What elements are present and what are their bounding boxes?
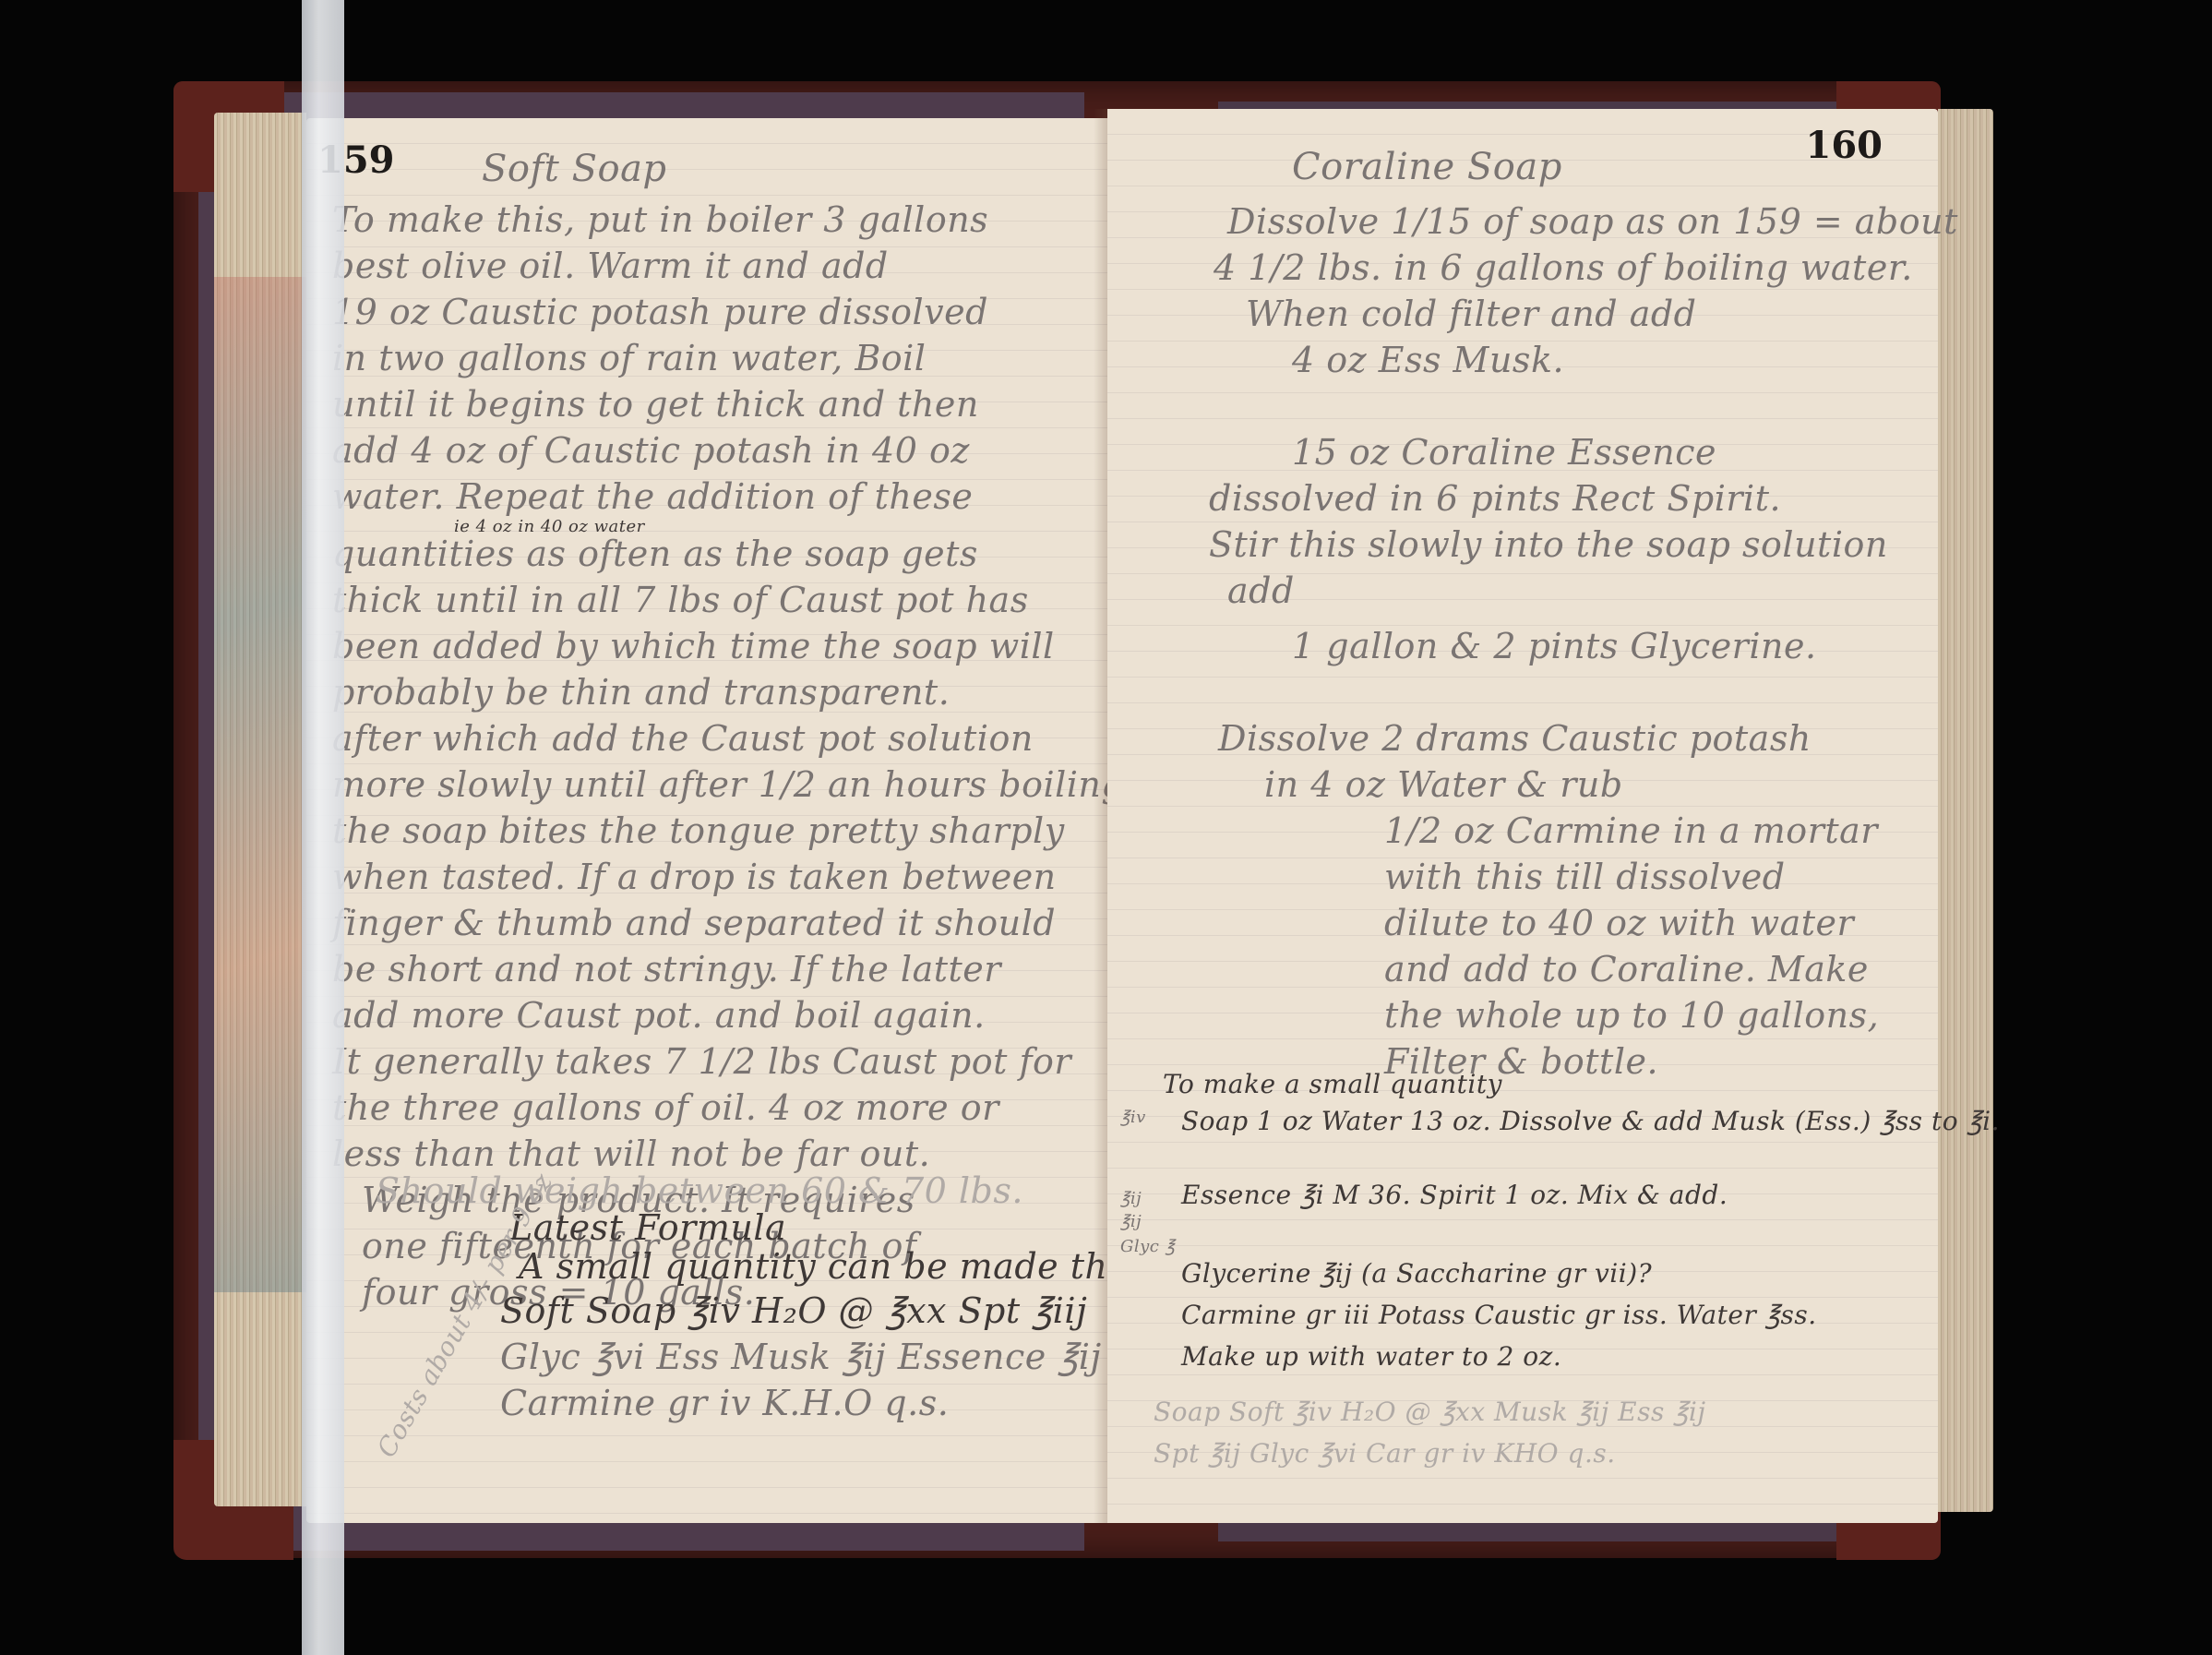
formula-line: Soap Soft ℥iv H₂O @ ℥xx Musk ℥ij Ess ℥ij: [1154, 1397, 1706, 1427]
text-line: more slowly until after 1/2 an hours boi…: [332, 764, 1124, 805]
formula-line: Carmine gr iv K.H.O q.s.: [500, 1383, 949, 1423]
text-line: until it begins to get thick and then: [332, 384, 979, 425]
recipe-line: Carmine gr iii Potass Caustic gr iss. Wa…: [1181, 1300, 1817, 1330]
margin-note: ℥iv: [1120, 1108, 1146, 1127]
text-line: when tasted. If a drop is taken between: [332, 857, 1057, 897]
text-line: the three gallons of oil. 4 oz more or: [332, 1087, 999, 1128]
right-page: 160 Coraline Soap Dissolve 1/15 of soap …: [1107, 109, 1938, 1523]
text-line: add: [1227, 570, 1295, 611]
margin-note: Glyc ℥: [1120, 1237, 1176, 1256]
recipe-line: Make up with water to 2 oz.: [1181, 1341, 1561, 1372]
text-line: 4 oz Ess Musk.: [1292, 340, 1564, 380]
text-line: 1 gallon & 2 pints Glycerine.: [1292, 626, 1817, 666]
text-line: add more Caust pot. and boil again.: [332, 995, 986, 1036]
formula-line: Soft Soap ℥iv H₂O @ ℥xx Spt ℥iij: [500, 1290, 1087, 1331]
page-title: Coraline Soap: [1292, 146, 1562, 188]
page-edges-right: [1938, 109, 1993, 1512]
text-line: in 4 oz Water & rub: [1264, 764, 1623, 805]
text-line: been added by which time the soap will: [332, 626, 1055, 666]
recipe-line: Glycerine ℥ij (a Saccharine gr vii)?: [1181, 1258, 1652, 1289]
text-line: add 4 oz of Caustic potash in 40 oz: [332, 430, 970, 471]
text-line: water. Repeat the addition of these: [332, 476, 973, 517]
text-line: Dissolve 1/15 of soap as on 159 = about: [1227, 201, 1958, 242]
text-line: quantities as often as the soap gets: [332, 534, 978, 574]
ribbon-bookmark: [302, 0, 344, 1655]
left-page: 159 Soft Soap To make this, put in boile…: [306, 118, 1107, 1523]
text-line: dissolved in 6 pints Rect Spirit.: [1209, 478, 1781, 519]
text-line: 1/2 oz Carmine in a mortar: [1384, 810, 1878, 851]
text-line: less than that will not be far out.: [332, 1133, 930, 1174]
text-line: in two gallons of rain water, Boil: [332, 338, 926, 378]
text-line: 19 oz Caustic potash pure dissolved: [332, 292, 988, 332]
text-line: the soap bites the tongue pretty sharply: [332, 810, 1065, 851]
formula-line: Spt ℥ij Glyc ℥vi Car gr iv KHO q.s.: [1154, 1438, 1616, 1469]
recipe-heading: To make a small quantity: [1163, 1069, 1502, 1099]
formula-subheading: A small quantity can be made thus: [519, 1246, 1149, 1287]
text-line: probably be thin and transparent.: [332, 672, 950, 713]
text-line: the whole up to 10 gallons,: [1384, 995, 1879, 1036]
page-number: 160: [1806, 124, 1883, 167]
text-line: It generally takes 7 1/2 lbs Caust pot f…: [332, 1041, 1071, 1082]
margin-note: ℥ij: [1120, 1189, 1142, 1208]
text-line: When cold filter and add: [1246, 294, 1697, 334]
text-line: finger & thumb and separated it should: [332, 903, 1056, 943]
recipe-line: Soap 1 oz Water 13 oz. Dissolve & add Mu…: [1181, 1106, 2000, 1136]
text-line: thick until in all 7 lbs of Caust pot ha…: [332, 580, 1029, 620]
text-line: Dissolve 2 drams Caustic potash: [1218, 718, 1811, 759]
recipe-line: Essence ℥i M 36. Spirit 1 oz. Mix & add.: [1181, 1180, 1728, 1210]
text-line: after which add the Caust pot solution: [332, 718, 1034, 759]
weight-note: Should weigh between 60 & 70 lbs.: [376, 1170, 1023, 1211]
text-line: To make this, put in boiler 3 gallons: [332, 199, 988, 240]
text-line: 15 oz Coraline Essence: [1292, 432, 1716, 473]
text-line: 4 1/2 lbs. in 6 gallons of boiling water…: [1214, 247, 1913, 288]
text-line: be short and not stringy. If the latter: [332, 949, 1001, 989]
text-line: with this till dissolved: [1384, 857, 1786, 897]
margin-note: ℥ij: [1120, 1212, 1142, 1231]
text-line: and add to Coraline. Make: [1384, 949, 1869, 989]
formula-heading: Latest Formula: [509, 1207, 786, 1248]
text-line: dilute to 40 oz with water: [1384, 903, 1854, 943]
formula-line: Glyc ℥vi Ess Musk ℥ij Essence ℥ij: [500, 1337, 1102, 1377]
marbled-edge-left: [214, 277, 306, 1292]
page-title: Soft Soap: [482, 148, 667, 190]
text-line: Stir this slowly into the soap solution: [1209, 524, 1888, 565]
text-line: best olive oil. Warm it and add: [332, 246, 889, 286]
